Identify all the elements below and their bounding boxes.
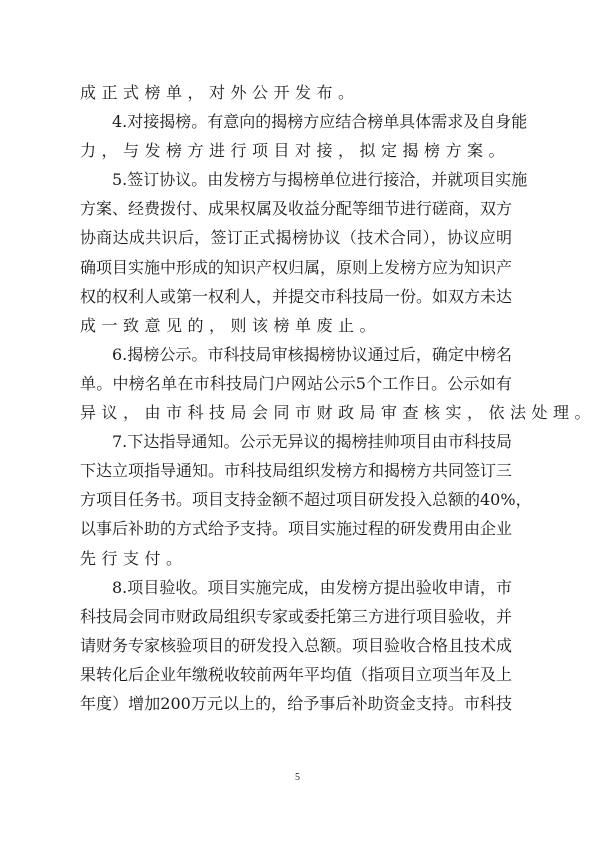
text-line: 成一致意见的，则该榜单废止。 [80, 311, 512, 340]
document-page: 成正式榜单，对外公开发布。 4.对接揭榜。有意向的揭榜方应结合榜单具体需求及自身… [0, 0, 595, 841]
text-line: 4.对接揭榜。有意向的揭榜方应结合榜单具体需求及自身能 [80, 107, 512, 136]
body-text: 成正式榜单，对外公开发布。 4.对接揭榜。有意向的揭榜方应结合榜单具体需求及自身… [80, 78, 512, 718]
page-number: 5 [0, 772, 595, 783]
text-line: 以事后补助的方式给予支持。项目实施过程的研发费用由企业 [80, 514, 512, 543]
text-line: 科技局会同市财政局组织专家或委托第三方进行项目验收，并 [80, 602, 512, 631]
text-line: 协商达成共识后，签订正式揭榜协议（技术合同），协议应明 [80, 223, 512, 252]
text-line: 请财务专家核验项目的研发投入总额。项目验收合格且技术成 [80, 631, 512, 660]
text-line: 单。中榜名单在市科技局门户网站公示5个工作日。公示如有 [80, 369, 512, 398]
text-line: 果转化后企业年缴税收较前两年平均值（指项目立项当年及上 [80, 660, 512, 689]
text-line: 8.项目验收。项目实施完成，由发榜方提出验收申请，市 [80, 573, 512, 602]
text-line: 确项目实施中形成的知识产权归属，原则上发榜方应为知识产 [80, 253, 512, 282]
text-line: 5.签订协议。由发榜方与揭榜单位进行接洽，并就项目实施 [80, 165, 512, 194]
text-line: 6.揭榜公示。市科技局审核揭榜协议通过后，确定中榜名 [80, 340, 512, 369]
text-line: 方案、经费拨付、成果权属及收益分配等细节进行磋商，双方 [80, 194, 512, 223]
text-line: 成正式榜单，对外公开发布。 [80, 78, 512, 107]
text-line: 方项目任务书。项目支持金额不超过项目研发投入总额的40%， [80, 485, 512, 514]
text-line: 权的权利人或第一权利人，并提交市科技局一份。如双方未达 [80, 282, 512, 311]
text-line: 力，与发榜方进行项目对接，拟定揭榜方案。 [80, 136, 512, 165]
text-line: 先行支付。 [80, 544, 512, 573]
text-line: 7.下达指导通知。公示无异议的揭榜挂帅项目由市科技局 [80, 427, 512, 456]
text-line: 年度）增加200万元以上的，给予事后补助资金支持。市科技 [80, 689, 512, 718]
text-line: 异议，由市科技局会同市财政局审查核实，依法处理。 [80, 398, 512, 427]
text-line: 下达立项指导通知。市科技局组织发榜方和揭榜方共同签订三 [80, 456, 512, 485]
